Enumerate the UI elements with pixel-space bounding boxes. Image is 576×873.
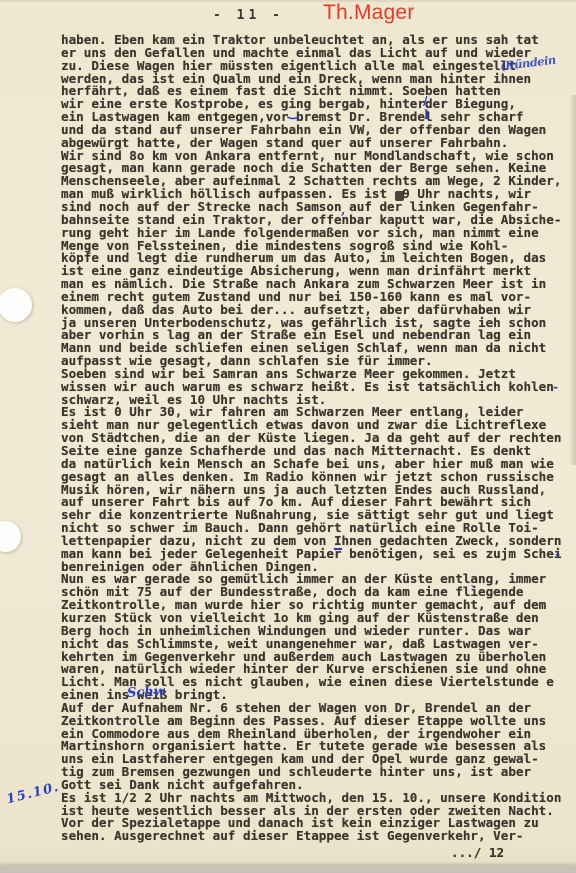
next-page-indicator: .../ 12 (451, 845, 504, 860)
punch-hole-bottom (0, 521, 21, 552)
author-watermark: Th.Mager (323, 1, 414, 25)
handwritten-margin-date: 15.10. (5, 780, 61, 808)
pen-mark: / (423, 95, 428, 107)
punch-hole-top (0, 288, 32, 322)
typed-text-block: haben. Eben kam ein Traktor unbeleuchtet… (61, 34, 561, 843)
pen-mark: ˋ (470, 585, 476, 597)
pen-mark: ‿ (288, 106, 298, 118)
pen-mark: - (555, 548, 560, 560)
typed-line: sehen. Ausgerechnet auf dieser Etappee i… (61, 830, 561, 843)
page-number: - 11 - (213, 8, 284, 23)
handwritten-schweiss-correction: Schw (127, 684, 166, 701)
pen-mark: - (553, 381, 558, 393)
scanned-typewritten-page: - 11 - Th.Mager haben. Eben kam ein Trak… (0, 0, 576, 873)
pen-underline-ihnen (334, 548, 342, 550)
pen-mark: , (341, 204, 345, 216)
scan-top-shadow (0, 0, 576, 3)
scan-bottom-edge (0, 866, 576, 873)
pen-mark: l (424, 109, 429, 121)
scan-right-shadow (569, 95, 576, 465)
typed-overstrike-smudge (395, 191, 404, 201)
